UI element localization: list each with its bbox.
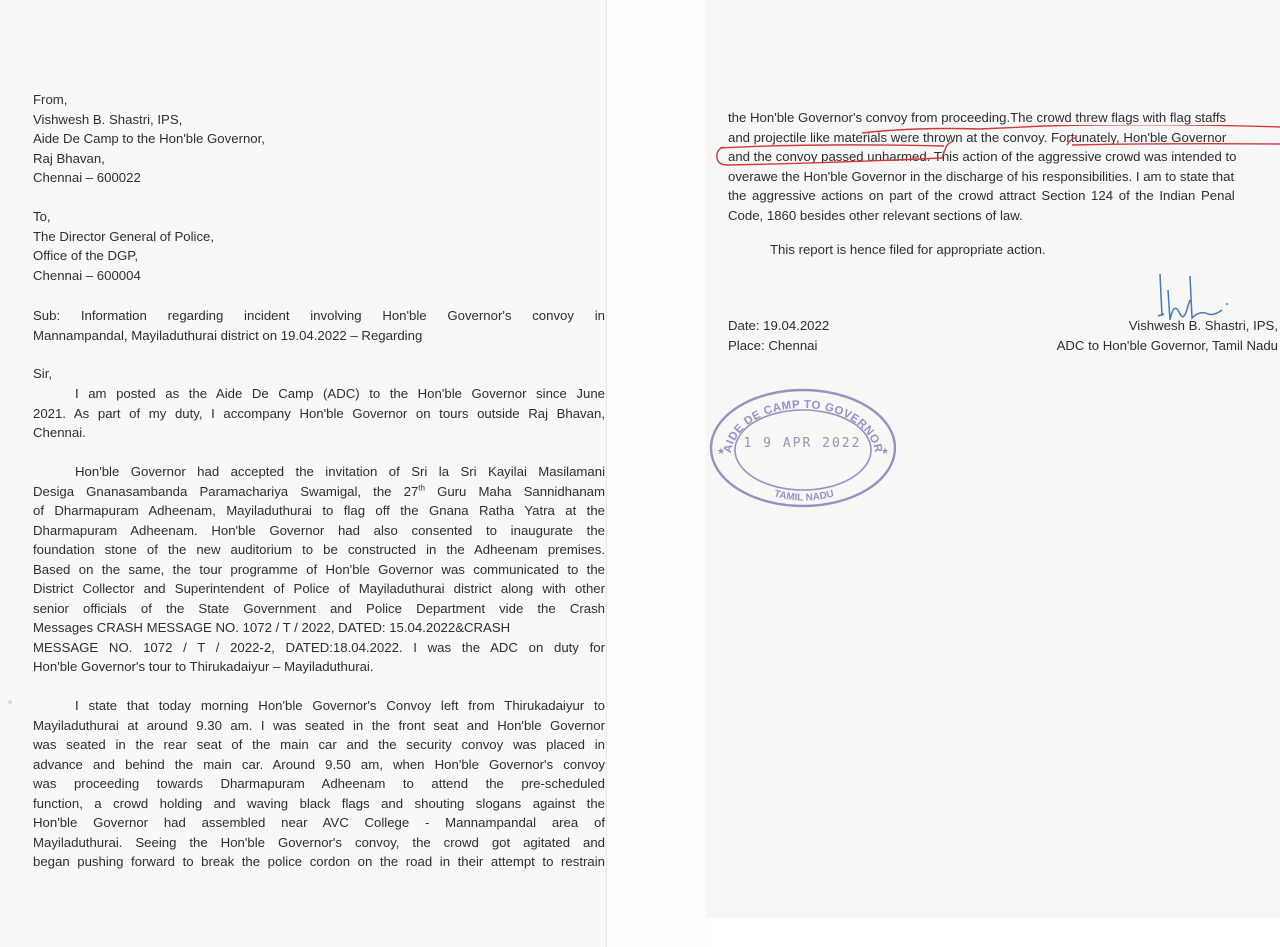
- paragraph-line: the Hon'ble Governor's convoy from proce…: [728, 108, 1280, 128]
- paragraph-line: Based on the same, the tour programme of…: [33, 560, 605, 580]
- to-label: To,: [33, 207, 433, 227]
- paragraph-line: the aggressive actions on part of the cr…: [728, 186, 1280, 206]
- paragraph-line: District Collector and Superintendent of…: [33, 579, 605, 599]
- paragraph-line: was proceeding towards Dharmapuram Adhee…: [33, 774, 605, 794]
- paragraph-line: Desiga Gnanasambanda Paramachariya Swami…: [33, 482, 605, 502]
- salutation: Sir,: [33, 364, 52, 384]
- paragraph-line: began pushing forward to break the polic…: [33, 852, 605, 872]
- paragraph-2: Hon'ble Governor had accepted the invita…: [33, 462, 605, 677]
- paragraph-line: function, a crowd holding and waving bla…: [33, 794, 605, 814]
- paragraph-line: foundation stone of the new auditorium t…: [33, 540, 605, 560]
- official-stamp: AIDE DE CAMP TO GOVERNOR TAMIL NADU ★ ★ …: [705, 384, 900, 509]
- sender-city: Chennai – 600022: [33, 168, 433, 188]
- paragraph-line: I am posted as the Aide De Camp (ADC) to…: [33, 384, 605, 404]
- page-gap: [607, 0, 706, 947]
- paragraph-line: Hon'ble Governor had accepted the invita…: [33, 462, 605, 482]
- signatory-name: Vishwesh B. Shastri, IPS,: [1020, 316, 1278, 336]
- paragraph-line: I state that today morning Hon'ble Gover…: [33, 696, 605, 716]
- paragraph-line: Mayiladuthurai at around 9.30 am. I was …: [33, 716, 605, 736]
- paragraph-1: I am posted as the Aide De Camp (ADC) to…: [33, 384, 605, 443]
- date-line: Date: 19.04.2022: [728, 316, 968, 336]
- sender-address: From, Vishwesh B. Shastri, IPS, Aide De …: [33, 90, 433, 188]
- ordinal-suffix: th: [418, 483, 425, 492]
- paragraph-line: was seated in the rear seat of the main …: [33, 735, 605, 755]
- stamp-date: 1 9 APR 2022: [705, 436, 900, 451]
- scan-smudge: [8, 700, 12, 704]
- recipient-city: Chennai – 600004: [33, 266, 433, 286]
- closing-statement: This report is hence filed for appropria…: [770, 240, 1046, 260]
- subject-line: Mannampandal, Mayiladuthurai district on…: [33, 326, 605, 346]
- paragraph-line: MESSAGE NO. 1072 / T / 2022-2, DATED:18.…: [33, 638, 605, 658]
- place-line: Place: Chennai: [728, 336, 968, 356]
- recipient-name: The Director General of Police,: [33, 227, 433, 247]
- sender-name: Vishwesh B. Shastri, IPS,: [33, 110, 433, 130]
- date-place: Date: 19.04.2022 Place: Chennai: [728, 316, 968, 355]
- paragraph-line: and the convoy passed unharmed. This act…: [728, 147, 1280, 167]
- from-label: From,: [33, 90, 433, 110]
- recipient-office: Office of the DGP,: [33, 246, 433, 266]
- text-run: Desiga Gnanasambanda Paramachariya Swami…: [33, 484, 418, 499]
- paragraph-continued: the Hon'ble Governor's convoy from proce…: [728, 108, 1280, 225]
- sender-designation: Aide De Camp to the Hon'ble Governor,: [33, 129, 433, 149]
- paragraph-line: advance and behind the main car. Around …: [33, 755, 605, 775]
- paragraph-line: of Dharmapuram Adheenam, Mayiladuthurai …: [33, 501, 605, 521]
- paragraph-line: senior officials of the State Government…: [33, 599, 605, 619]
- paragraph-line: Dharmapuram Adheenam. Hon'ble Governor h…: [33, 521, 605, 541]
- paragraph-line: Chennai.: [33, 423, 605, 443]
- subject: Sub: Information regarding incident invo…: [33, 306, 605, 345]
- paragraph-line: Hon'ble Governor had assembled near AVC …: [33, 813, 605, 833]
- recipient-address: To, The Director General of Police, Offi…: [33, 207, 433, 285]
- paragraph-line: and projectile like materials were throw…: [728, 128, 1280, 148]
- paragraph-line: Hon'ble Governor's tour to Thirukadaiyur…: [33, 657, 605, 677]
- paragraph-line: overawe the Hon'ble Governor in the disc…: [728, 167, 1280, 187]
- text-run: Guru Maha Sannidhanam: [425, 484, 605, 499]
- sender-office: Raj Bhavan,: [33, 149, 433, 169]
- subject-line: Sub: Information regarding incident invo…: [33, 306, 605, 326]
- signatory-block: Vishwesh B. Shastri, IPS, ADC to Hon'ble…: [1020, 316, 1278, 355]
- paragraph-line: Code, 1860 besides other relevant sectio…: [728, 206, 1280, 226]
- signatory-designation: ADC to Hon'ble Governor, Tamil Nadu: [1020, 336, 1278, 356]
- paragraph-line: Mayiladuthurai. Seeing the Hon'ble Gover…: [33, 833, 605, 853]
- page-margin: [706, 918, 1280, 947]
- letter-page-1: From, Vishwesh B. Shastri, IPS, Aide De …: [0, 0, 607, 947]
- paragraph-line: Messages CRASH MESSAGE NO. 1072 / T / 20…: [33, 618, 605, 638]
- paragraph-line: 2021. As part of my duty, I accompany Ho…: [33, 404, 605, 424]
- paragraph-3: I state that today morning Hon'ble Gover…: [33, 696, 605, 872]
